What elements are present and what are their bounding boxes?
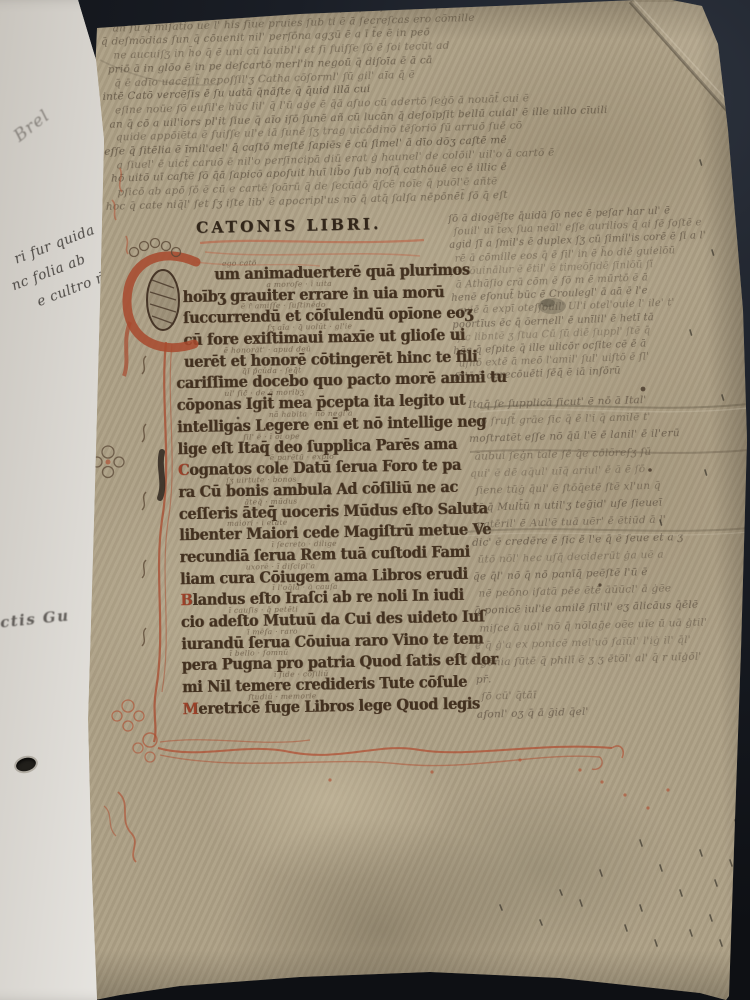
top-commentary-block: uī ibi kl'ui ſiciū pri alios libros q̄ ſ… <box>100 0 750 214</box>
manuscript-page: uī ibi kl'ui ſiciū pri alios libros q̄ ſ… <box>0 0 750 1000</box>
manuscript-photo: uī ibi kl'ui ſiciū pri alios libros q̄ ſ… <box>0 0 750 1000</box>
text-line-text: ra Cū bonis ambula Ad cōſiliū ne ac <box>178 477 458 501</box>
text-line: ſtudiū · memorie Meretricē fuge Libros l… <box>178 694 490 722</box>
penwork-border <box>92 168 172 742</box>
text-line-text: mi Nil temere credideris Tute cōſule <box>182 672 467 697</box>
wormhole <box>15 756 38 774</box>
main-text-block: ego catō um animaduerterē quā plurimos a… <box>170 260 491 721</box>
marginal-gloss-upper: ſō ā diogēſte q̄uidā ſō nec ē peſar har … <box>448 202 750 385</box>
margin-note-top: Brel <box>10 106 54 146</box>
margin-note-lower: ctis Gu <box>0 606 70 631</box>
marginal-gloss-lower: Itaq̄ ſe ſupplicā ſicut' ē nō ā Ital'nō … <box>468 389 750 724</box>
theft-note: ri fur quidanc folia abe cultro m̄ <box>0 218 116 323</box>
text-line-text: um animaduerterē quā plurimos <box>214 260 470 284</box>
text-line-text: Cognatos cole Datū ſerua Foro te pa <box>178 456 461 480</box>
text-line-text: Blandus eſto Iraſci ab re noli In iudi <box>180 586 464 610</box>
chapter-heading: CATONIS LIBRI. <box>196 214 382 237</box>
bottom-flourish <box>104 733 670 862</box>
